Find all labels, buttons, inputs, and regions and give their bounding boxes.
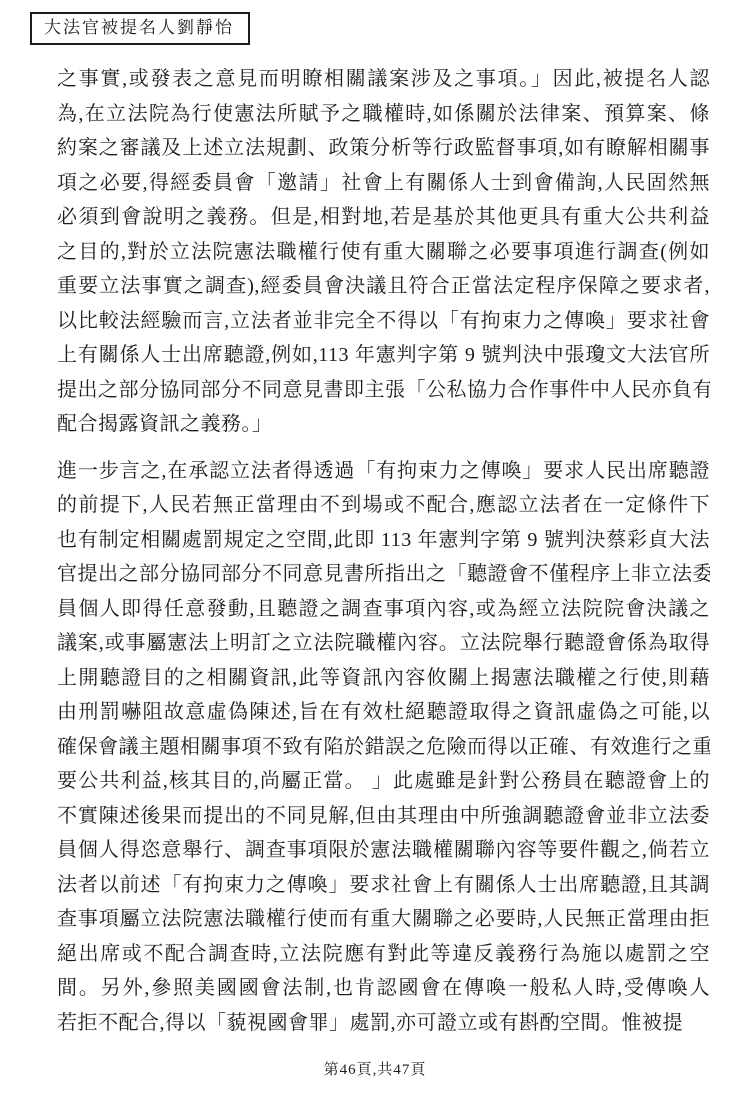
text-line: 提出之部分協同部分不同意見書即主張「公私協力合作事件中人民亦負有: [57, 373, 710, 408]
text-line: 配合揭露資訊之義務。」: [57, 407, 710, 442]
text-line: 重要立法事實之調查),經委員會決議且符合正當法定程序保障之要求者,: [57, 269, 710, 304]
paragraph-2: 進一步言之,在承認立法者得透過「有拘束力之傳喚」要求人民出席聽證的前提下,人民若…: [57, 454, 710, 1041]
text-line: 進一步言之,在承認立法者得透過「有拘束力之傳喚」要求人民出席聽證: [57, 454, 710, 489]
text-line: 員個人即得任意發動,且聽證之調查事項內容,或為經立法院院會決議之: [57, 592, 710, 627]
text-line: 員個人得恣意舉行、調查事項限於憲法職權關聯內容等要件觀之,倘若立: [57, 833, 710, 868]
text-line: 由刑罰嚇阻故意虛偽陳述,旨在有效杜絕聽證取得之資訊虛偽之可能,以: [57, 695, 710, 730]
document-page: 大法官被提名人劉靜怡 之事實,或發表之意見而明瞭相關議案涉及之事項。」因此,被提…: [0, 0, 750, 1104]
paragraph-1: 之事實,或發表之意見而明瞭相關議案涉及之事項。」因此,被提名人認為,在立法院為行…: [57, 62, 710, 442]
text-line: 官提出之部分協同部分不同意見書所指出之「聽證會不僅程序上非立法委: [57, 557, 710, 592]
text-line: 法者以前述「有拘束力之傳喚」要求社會上有關係人士出席聽證,且其調: [57, 868, 710, 903]
text-line: 絕出席或不配合調查時,立法院應有對此等違反義務行為施以處罰之空: [57, 937, 710, 972]
nominee-header-box: 大法官被提名人劉靜怡: [30, 12, 250, 45]
text-line: 也有制定相關處罰規定之空間,此即 113 年憲判字第 9 號判決蔡彩貞大法: [57, 523, 710, 558]
text-line: 必須到會說明之義務。但是,相對地,若是基於其他更具有重大公共利益: [57, 200, 710, 235]
page-number-indicator: 第46頁,共47頁: [324, 1062, 427, 1078]
text-line: 約案之審議及上述立法規劃、政策分析等行政監督事項,如有瞭解相關事: [57, 131, 710, 166]
text-line: 查事項屬立法院憲法職權行使而有重大關聯之必要時,人民無正當理由拒: [57, 902, 710, 937]
document-body: 之事實,或發表之意見而明瞭相關議案涉及之事項。」因此,被提名人認為,在立法院為行…: [57, 62, 710, 1040]
text-line: 之目的,對於立法院憲法職權行使有重大關聯之必要事項進行調查(例如: [57, 235, 710, 270]
text-line: 不實陳述後果而提出的不同見解,但由其理由中所強調聽證會並非立法委: [57, 799, 710, 834]
text-line: 要公共利益,核其目的,尚屬正當。 」此處雖是針對公務員在聽證會上的: [57, 764, 710, 799]
nominee-header-label: 大法官被提名人劉靜怡: [44, 18, 234, 37]
text-line: 上有關係人士出席聽證,例如,113 年憲判字第 9 號判決中張瓊文大法官所: [57, 338, 710, 373]
text-line: 若拒不配合,得以「藐視國會罪」處罰,亦可證立或有斟酌空間。惟被提: [57, 1006, 710, 1041]
text-line: 上開聽證目的之相關資訊,此等資訊內容攸關上揭憲法職權之行使,則藉: [57, 661, 710, 696]
text-line: 為,在立法院為行使憲法所賦予之職權時,如係關於法律案、預算案、條: [57, 97, 710, 132]
text-line: 的前提下,人民若無正當理由不到場或不配合,應認立法者在一定條件下: [57, 488, 710, 523]
text-line: 項之必要,得經委員會「邀請」社會上有關係人士到會備詢,人民固然無: [57, 166, 710, 201]
page-footer: 第46頁,共47頁: [0, 1058, 750, 1079]
text-line: 間。另外,參照美國國會法制,也肯認國會在傳喚一般私人時,受傳喚人: [57, 971, 710, 1006]
text-line: 之事實,或發表之意見而明瞭相關議案涉及之事項。」因此,被提名人認: [57, 62, 710, 97]
text-line: 確保會議主題相關事項不致有陷於錯誤之危險而得以正確、有效進行之重: [57, 730, 710, 765]
text-line: 議案,或事屬憲法上明訂之立法院職權內容。立法院舉行聽證會係為取得: [57, 626, 710, 661]
text-line: 以比較法經驗而言,立法者並非完全不得以「有拘束力之傳喚」要求社會: [57, 304, 710, 339]
